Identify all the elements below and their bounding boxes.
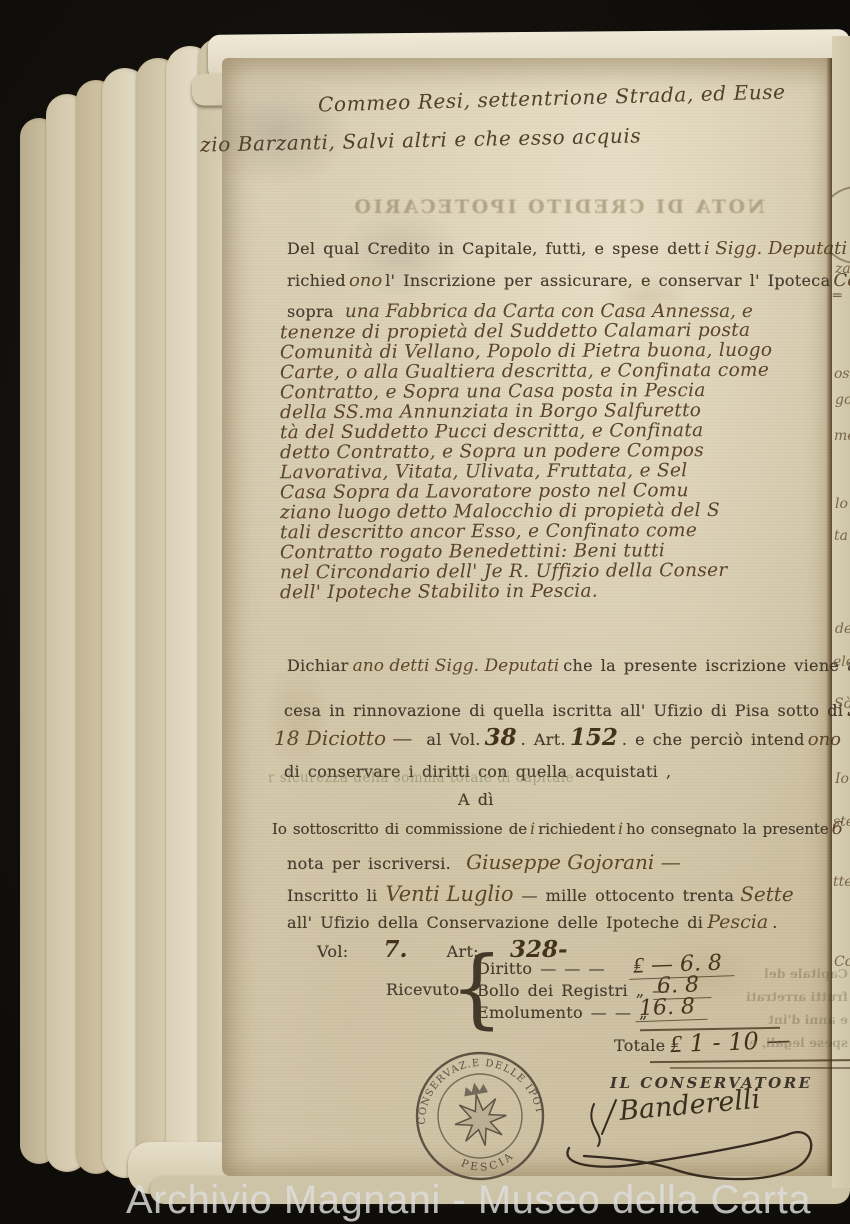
show-through-text: Capitale del (746, 962, 848, 985)
show-through-column: Capitale del frutti arretrati e anni d'i… (746, 962, 848, 1054)
fee-amount: 16. 8 (635, 994, 708, 1022)
total-label: Totale (614, 1036, 665, 1055)
archival-scan: za ═ osi go me lo ta de ele Sò Io ste tt… (0, 0, 850, 1224)
handwritten-property-description: tenenze di propietà del Suddetto Calamar… (280, 322, 772, 602)
handwritten-line: nel Circondario dell' Je R. Uffizio dell… (280, 561, 772, 584)
signature-name: Banderelli (617, 1086, 762, 1127)
printed-text: . Art. (521, 730, 566, 749)
printed-text: Io sottoscritto di commissione de (272, 820, 527, 838)
ink-fragment: ta (834, 528, 848, 544)
handwritten-line: Lavorativa, Vitata, Ulivata, Fruttata, e… (280, 461, 772, 484)
ink-fragment: Io (835, 771, 849, 787)
signature-flourish (567, 1132, 811, 1179)
underline-stroke (650, 1059, 850, 1063)
printed-line-rinnovo: 18 Diciotto —al Vol.38. Art.152. e che p… (274, 724, 844, 751)
handwritten-line: detto Contratto, e Sopra un podere Compo… (280, 441, 772, 464)
handwritten-line: ziano luogo detto Malocchio di propietà … (280, 501, 772, 524)
printed-text: cesa in rinnovazione di quella iscritta … (284, 701, 843, 720)
show-through-title: NOTA DI CREDITO IPOTECARIO (352, 196, 765, 218)
printed-text: richied (287, 271, 346, 290)
handwritten-signature-gojorani: Giuseppe Gojorani — (466, 850, 681, 874)
printed-text: ho consegnato la presente (626, 820, 828, 838)
signature-stroke (591, 1100, 616, 1146)
handwritten-year-word: Sette (740, 882, 793, 906)
printed-text: richiedent (538, 820, 615, 838)
handwritten-mark: 6 (832, 818, 843, 839)
printed-line-sopra: sopra una Fabbrica da Carta con Casa Ann… (287, 301, 753, 322)
handwritten-insertion: ono (808, 729, 841, 750)
printed-text: Del qual Credito in Capitale, futti, e s… (287, 239, 701, 258)
handwritten-line: dell' Ipoteche Stabilito in Pescia. (280, 581, 772, 604)
handwritten-annotation-line: Commeo Resi, settentrione Strada, ed Eus… (318, 79, 786, 116)
printed-text: Inscritto li (287, 886, 377, 905)
printed-text: . e che perciò intend (622, 730, 805, 749)
conservatore-signature: Banderelli (554, 1086, 850, 1186)
printed-line-ufizio: all' Ufizio della Conservazione delle Ip… (287, 911, 778, 933)
handwritten-insertion: i (618, 819, 623, 838)
printed-text: che la presente iscrizione viene ac- (563, 656, 850, 675)
handwritten-line: tali descritto ancor Esso, e Confinato c… (280, 521, 772, 544)
printed-line-credito: Del qual Credito in Capitale, futti, e s… (287, 238, 850, 259)
printed-text: Dichiar (287, 656, 349, 675)
stamp-crown (462, 1080, 488, 1096)
printed-text: sopra (287, 302, 334, 321)
handwritten-date: Venti Luglio (385, 882, 513, 906)
handwritten-text: una Fabbrica da Carta con Casa Annessa, … (345, 301, 753, 322)
printed-line-nota: nota per iscriversi. Giuseppe Gojorani — (287, 850, 681, 874)
show-through-text: spese legali, e (746, 1031, 848, 1054)
printed-line-richiesta: richiedonol' Inscrizione per assicurare,… (287, 270, 850, 291)
handwritten-annotation-line: zio Barzanti, Salvi altri e che esso acq… (200, 123, 642, 156)
handwritten-insertion: Consenz (833, 270, 850, 291)
ink-fragment: osi (834, 366, 850, 382)
fee-row: Emolumento — — „ 16. 8 (477, 1003, 648, 1022)
ink-fragment: go (835, 392, 850, 408)
handwritten-article-number: 152 (570, 724, 618, 751)
fee-label: Emolumento — — „ (477, 1003, 648, 1022)
stamp-star (451, 1090, 511, 1150)
show-through-text: e anni d'int (746, 1008, 848, 1031)
fee-label: Diritto — — — (477, 959, 605, 978)
ricevuto-label: Ricevuto (386, 980, 459, 999)
stamp-place-text: PESCIA (457, 1148, 519, 1178)
document-page: Commeo Resi, settentrione Strada, ed Eus… (222, 58, 832, 1176)
handwritten-insertion: i (530, 819, 535, 838)
printed-line-inscritto: Inscritto liVenti Luglio— mille ottocent… (287, 882, 794, 906)
printed-line-consegna: Io sottoscritto di commissione deirichie… (272, 818, 846, 839)
handwritten-volume: 7. (384, 936, 408, 963)
handwritten-volume-number: 38 (485, 724, 517, 751)
printed-text: nota per iscriversi. (287, 854, 451, 873)
printed-text: Vol: (317, 942, 348, 961)
handwritten-year: 18 Diciotto — (274, 726, 412, 750)
handwritten-insertion: ono (349, 270, 382, 291)
show-through-text: frutti arretrati (746, 985, 848, 1008)
show-through-text: r sicurezza della somma totale di capita… (268, 770, 574, 786)
handwritten-insertion: i Sigg. Deputati (704, 238, 847, 259)
printed-line-dichiara: Dichiarano detti Sigg. Deputatiche la pr… (287, 656, 850, 676)
fee-row: Diritto — — — ₤ — 6. 8 (477, 959, 605, 978)
underline-stroke (670, 1067, 850, 1069)
conservation-office-stamp: CONSERVAZ.E DELLE IPOTECHE PESCIA (401, 1037, 559, 1195)
printed-text: al Vol. (426, 730, 480, 749)
printed-line-cesa: cesa in rinnovazione di quella iscritta … (284, 696, 850, 721)
printed-text: — mille ottocento trenta (522, 886, 735, 905)
ink-fragment: me (834, 428, 850, 444)
ink-fragment: tte (833, 874, 850, 890)
ink-fragment: de (835, 621, 850, 637)
handwritten-place: Pescia (707, 911, 768, 933)
printed-text: l' Inscrizione per assicurare, e conserv… (385, 271, 830, 290)
printed-text: all' Ufizio della Conservazione delle Ip… (287, 913, 703, 932)
ink-fragment: lo (835, 496, 848, 512)
printed-line-adi: A dì (458, 790, 494, 809)
archive-watermark: Archivio Magnani - Museo della Carta (126, 1178, 811, 1223)
handwritten-insertion: ano detti Sigg. Deputati (353, 656, 560, 676)
printed-text: . (772, 913, 777, 932)
